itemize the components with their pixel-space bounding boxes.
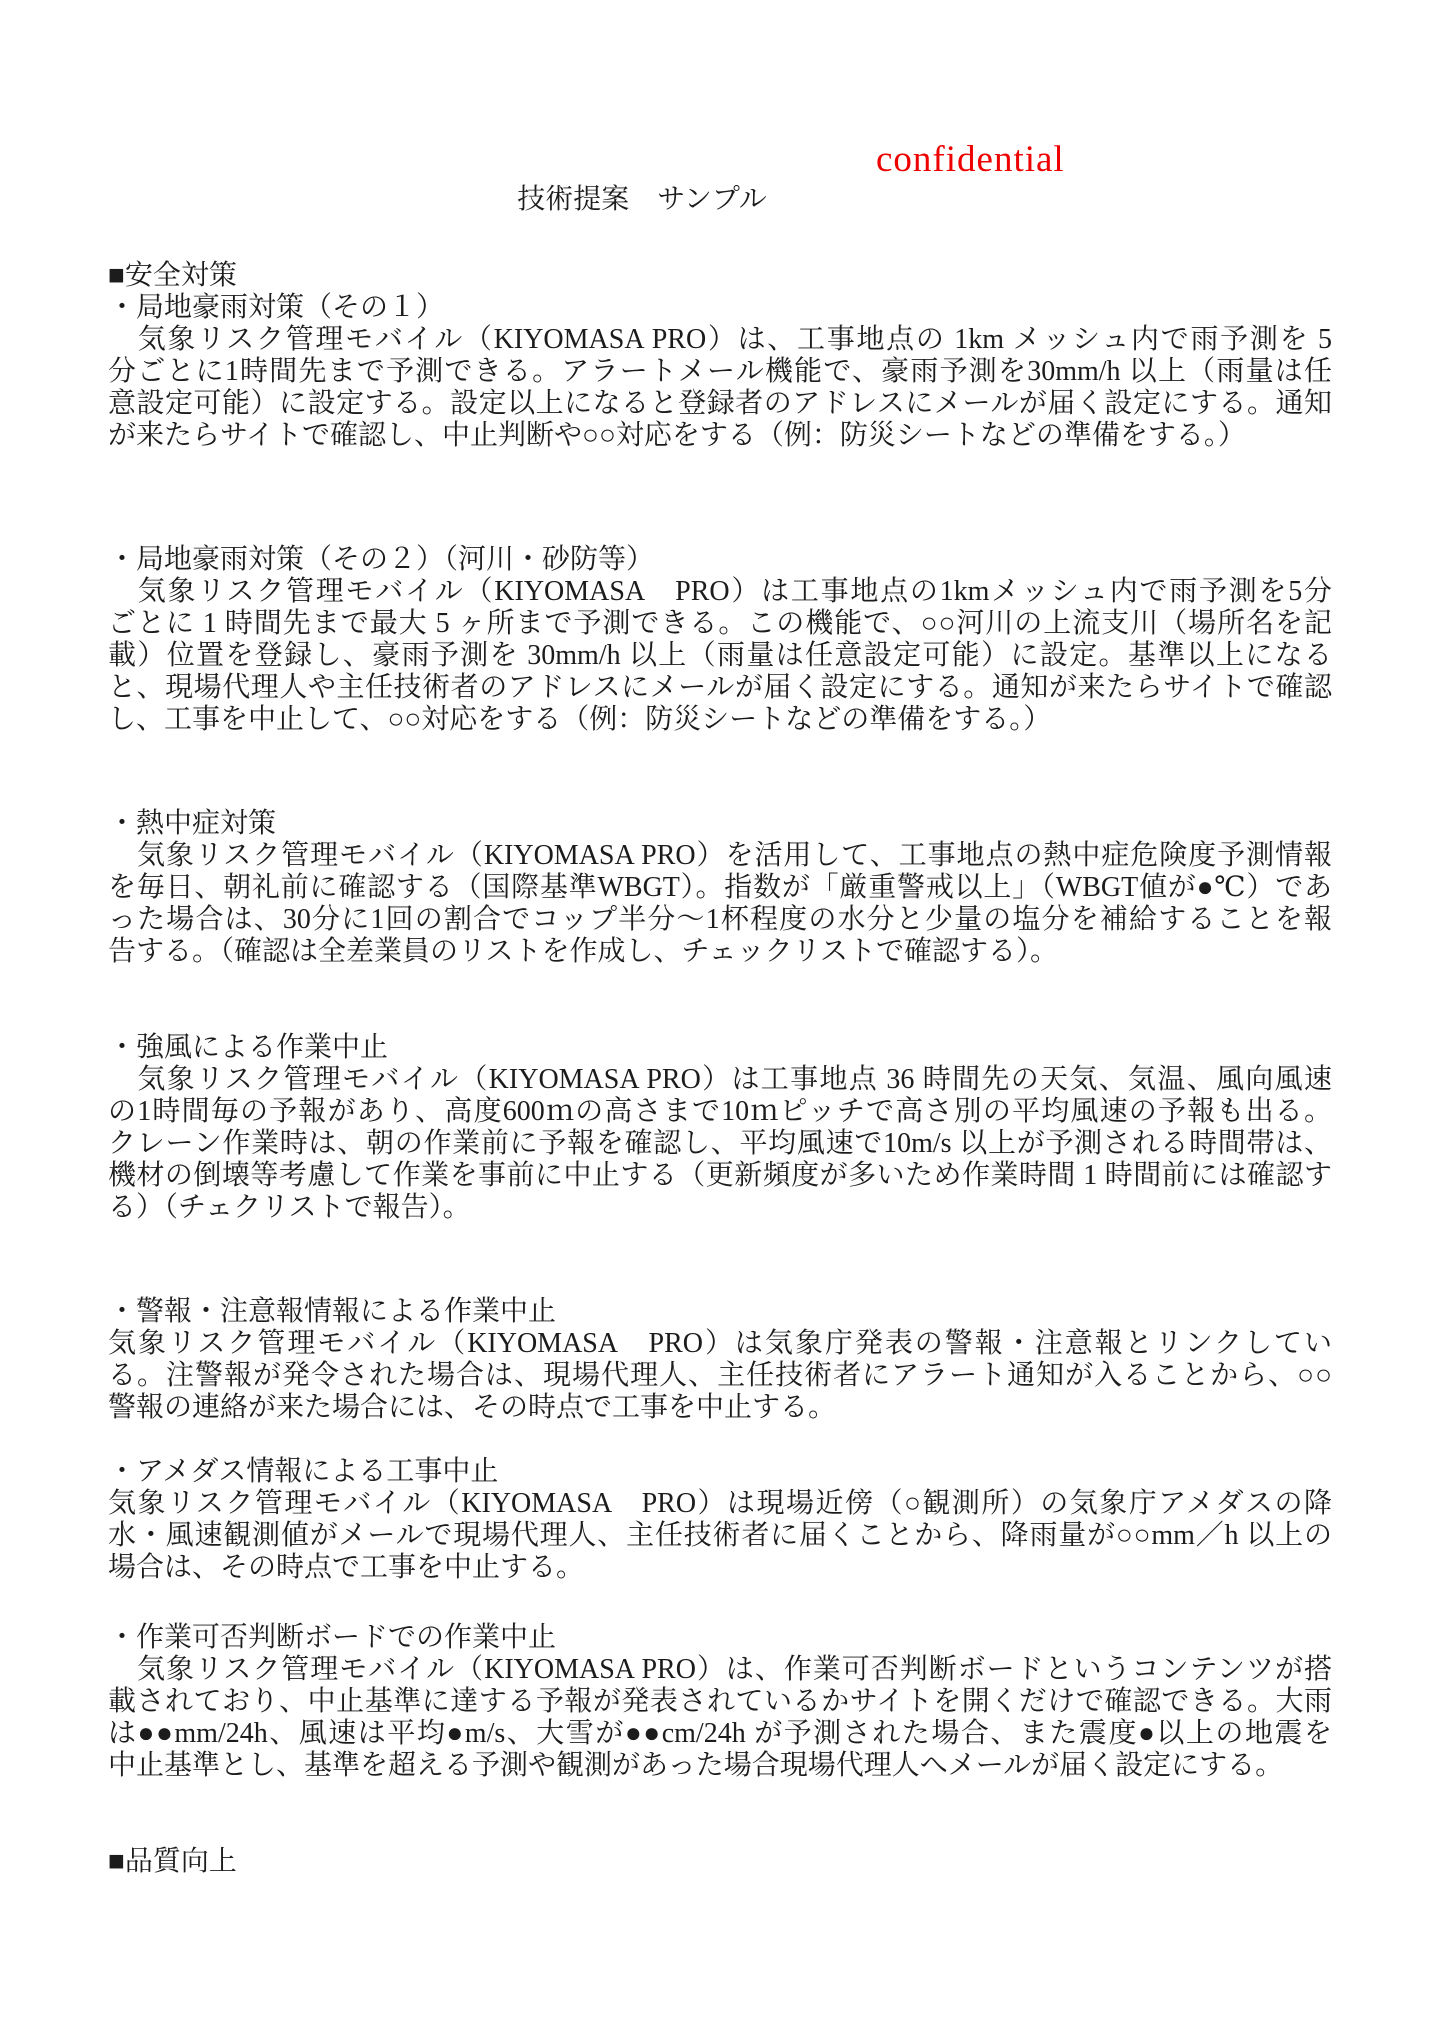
- paragraph-line: 警報の連絡が来た場合には、その時点で工事を中止する。: [108, 1392, 1332, 1424]
- subsection-title: ・局地豪雨対策（その２）（河川・砂防等）: [108, 544, 1332, 576]
- paragraph-line: 中止基準とし、基準を超える予測や観測があった場合現場代理人へメールが届く設定にす…: [108, 1750, 1332, 1782]
- document-title: 技術提案 サンプル: [30, 184, 1254, 216]
- subsection-4: ・強風による作業中止 気象リスク管理モバイル（KIYOMASA PRO）は工事地…: [108, 1032, 1332, 1224]
- paragraph-line: の1時間毎の予報があり、高度600ｍの高さまで10ｍピッチで高さ別の平均風速の予…: [108, 1096, 1332, 1128]
- paragraph-line: る）（チェクリストで報告）。: [108, 1192, 1332, 1224]
- subsection-title: ・アメダス情報による工事中止: [108, 1456, 1332, 1488]
- subsection-title: ・警報・注意報情報による作業中止: [108, 1296, 1332, 1328]
- subsection-3: ・熱中症対策 気象リスク管理モバイル（KIYOMASA PRO）を活用して、工事…: [108, 808, 1332, 968]
- paragraph-line: 意設定可能）に設定する。設定以上になると登録者のアドレスにメールが届く設定にする…: [108, 388, 1332, 420]
- paragraph-line: 気象リスク管理モバイル（KIYOMASA PRO）は、作業可否判断ボードというコ…: [108, 1654, 1332, 1686]
- paragraph-line: 機材の倒壊等考慮して作業を事前に中止する（更新頻度が多いため作業時間 1 時間前…: [108, 1160, 1332, 1192]
- document-page: confidential 技術提案 サンプル ■安全対策 ・局地豪雨対策（その１…: [0, 0, 1440, 2036]
- paragraph-line: し、工事を中止して、○○対応をする（例：防災シートなどの準備をする。）: [108, 704, 1332, 736]
- paragraph-line: 気象リスク管理モバイル（KIYOMASA PRO）は現場近傍（○観測所）の気象庁…: [108, 1488, 1332, 1520]
- paragraph-line: は●●mm/24h、風速は平均●m/s、大雪が●●cm/24h が予測された場合…: [108, 1718, 1332, 1750]
- paragraph-line: クレーン作業時は、朝の作業前に予報を確認し、平均風速で10m/s 以上が予測され…: [108, 1128, 1332, 1160]
- paragraph-line: った場合は、30分に1回の割合でコップ半分～1杯程度の水分と少量の塩分を補給する…: [108, 904, 1332, 936]
- subsection-1: ・局地豪雨対策（その１） 気象リスク管理モバイル（KIYOMASA PRO）は、…: [108, 292, 1332, 452]
- subsection-title: ・局地豪雨対策（その１）: [108, 292, 1332, 324]
- subsection-title: ・作業可否判断ボードでの作業中止: [108, 1622, 1332, 1654]
- paragraph-line: 気象リスク管理モバイル（KIYOMASA PRO）を活用して、工事地点の熱中症危…: [108, 840, 1332, 872]
- paragraph-line: 水・風速観測値がメールで現場代理人、主任技術者に届くことから、降雨量が○○mm／…: [108, 1520, 1332, 1552]
- subsection-5: ・警報・注意報情報による作業中止気象リスク管理モバイル（KIYOMASA PRO…: [108, 1296, 1332, 1424]
- paragraph-line: 告する。（確認は全差業員のリストを作成し、チェックリストで確認する）。: [108, 936, 1332, 968]
- paragraph-line: 気象リスク管理モバイル（KIYOMASA PRO）は工事地点 36 時間先の天気…: [108, 1064, 1332, 1096]
- paragraph-line: ごとに 1 時間先まで最大 5 ヶ所まで予測できる。この機能で、○○河川の上流支…: [108, 608, 1332, 640]
- subsection-title: ・強風による作業中止: [108, 1032, 1332, 1064]
- paragraph-line: を毎日、朝礼前に確認する（国際基準WBGT）。指数が「厳重警戒以上」（WBGT値…: [108, 872, 1332, 904]
- subsection-7: ・作業可否判断ボードでの作業中止 気象リスク管理モバイル（KIYOMASA PR…: [108, 1622, 1332, 1782]
- paragraph-line: 載）位置を登録し、豪雨予測を 30mm/h 以上（雨量は任意設定可能）に設定。基…: [108, 640, 1332, 672]
- subsection-2: ・局地豪雨対策（その２）（河川・砂防等） 気象リスク管理モバイル（KIYOMAS…: [108, 544, 1332, 736]
- paragraph-line: 分ごとに1時間先まで予測できる。アラートメール機能で、豪雨予測を30mm/h 以…: [108, 356, 1332, 388]
- section-heading-safety: ■安全対策: [108, 260, 1332, 292]
- paragraph-line: と、現場代理人や主任技術者のアドレスにメールが届く設定にする。通知が来たらサイト…: [108, 672, 1332, 704]
- section-heading-quality: ■品質向上: [108, 1846, 1332, 1878]
- document-content: 技術提案 サンプル ■安全対策 ・局地豪雨対策（その１） 気象リスク管理モバイル…: [108, 0, 1332, 1878]
- subsection-6: ・アメダス情報による工事中止気象リスク管理モバイル（KIYOMASA PRO）は…: [108, 1456, 1332, 1584]
- subsections-container: ・局地豪雨対策（その１） 気象リスク管理モバイル（KIYOMASA PRO）は、…: [108, 292, 1332, 1782]
- paragraph-line: 気象リスク管理モバイル（KIYOMASA PRO）は工事地点の1kmメッシュ内で…: [108, 576, 1332, 608]
- subsection-title: ・熱中症対策: [108, 808, 1332, 840]
- paragraph-line: 場合は、その時点で工事を中止する。: [108, 1552, 1332, 1584]
- paragraph-line: 載されており、中止基準に達する予報が発表されているかサイトを開くだけで確認できる…: [108, 1686, 1332, 1718]
- paragraph-line: る。注警報が発令された場合は、現場代理人、主任技術者にアラート通知が入ることから…: [108, 1360, 1332, 1392]
- paragraph-line: 気象リスク管理モバイル（KIYOMASA PRO）は、工事地点の 1km メッシ…: [108, 324, 1332, 356]
- paragraph-line: が来たらサイトで確認し、中止判断や○○対応をする（例：防災シートなどの準備をする…: [108, 420, 1332, 452]
- paragraph-line: 気象リスク管理モバイル（KIYOMASA PRO）は気象庁発表の警報・注意報とリ…: [108, 1328, 1332, 1360]
